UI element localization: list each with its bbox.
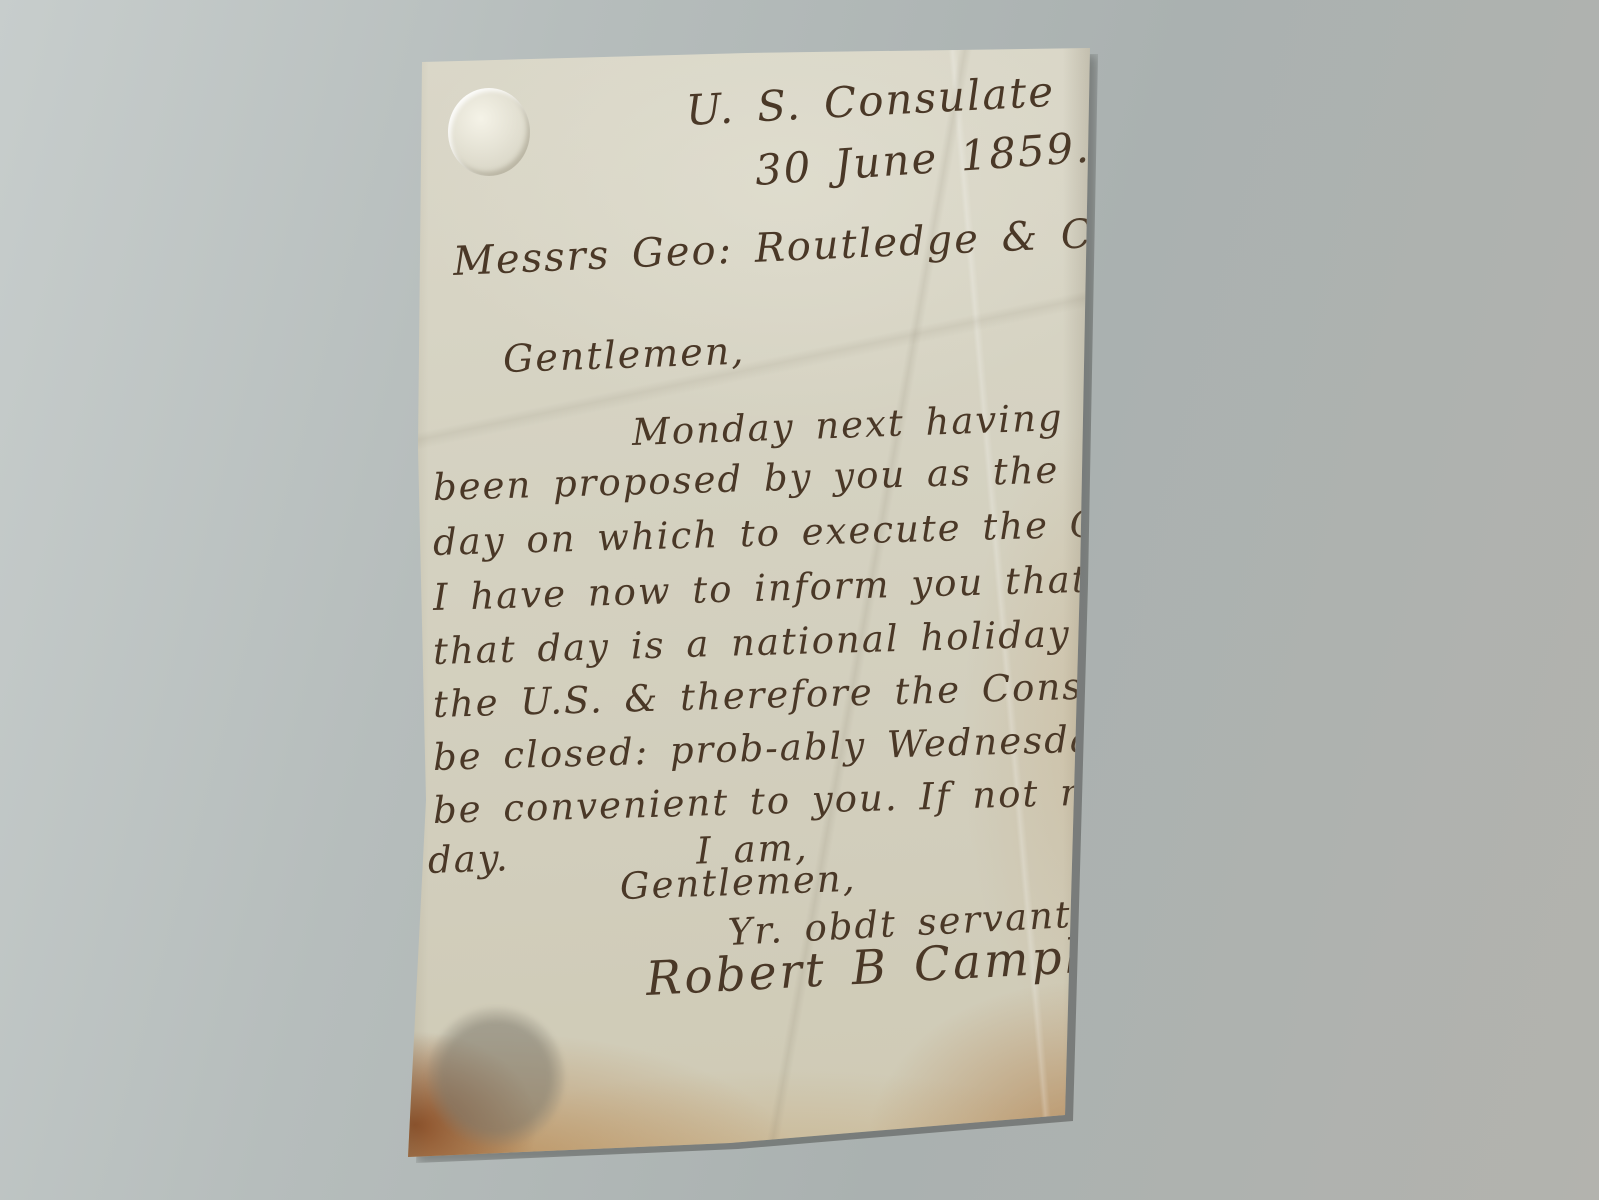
letter-date-line: 30 June 1859. (754, 127, 1092, 192)
letter-signature: Robert B Campbell (645, 929, 1166, 1003)
letter-paper: U. S. Consulate 30 June 1859. Messrs Geo… (408, 48, 1090, 1158)
letter-salutation: Gentlemen, (502, 332, 745, 378)
letter-body-line: I have now to inform you that (432, 561, 1089, 616)
letter-body-line: day on which to execute the Comn:, (432, 502, 1215, 561)
letter-closing-line: Gentlemen, (619, 860, 857, 905)
letter-addressee-line: Messrs Geo: Routledge & Co: (452, 212, 1136, 282)
letter-body-line: be convenient to you. If not name a (432, 770, 1216, 829)
letter-body-line: the U.S. & therefore the Consulate will (432, 662, 1284, 723)
letter-body-line: been proposed by you as the (432, 452, 1059, 506)
letter-place-line: U. S. Consulate (685, 71, 1056, 132)
letter-body-line: that day is a national holiday of (432, 613, 1131, 669)
letter-body-line: be closed: prob-ably Wednesday would (432, 716, 1261, 776)
letter-body-line: Monday next having (631, 399, 1064, 451)
gray-stain (427, 1006, 565, 1148)
embossed-seal-icon (448, 88, 530, 176)
photo-backdrop: U. S. Consulate 30 June 1859. Messrs Geo… (0, 0, 1599, 1200)
